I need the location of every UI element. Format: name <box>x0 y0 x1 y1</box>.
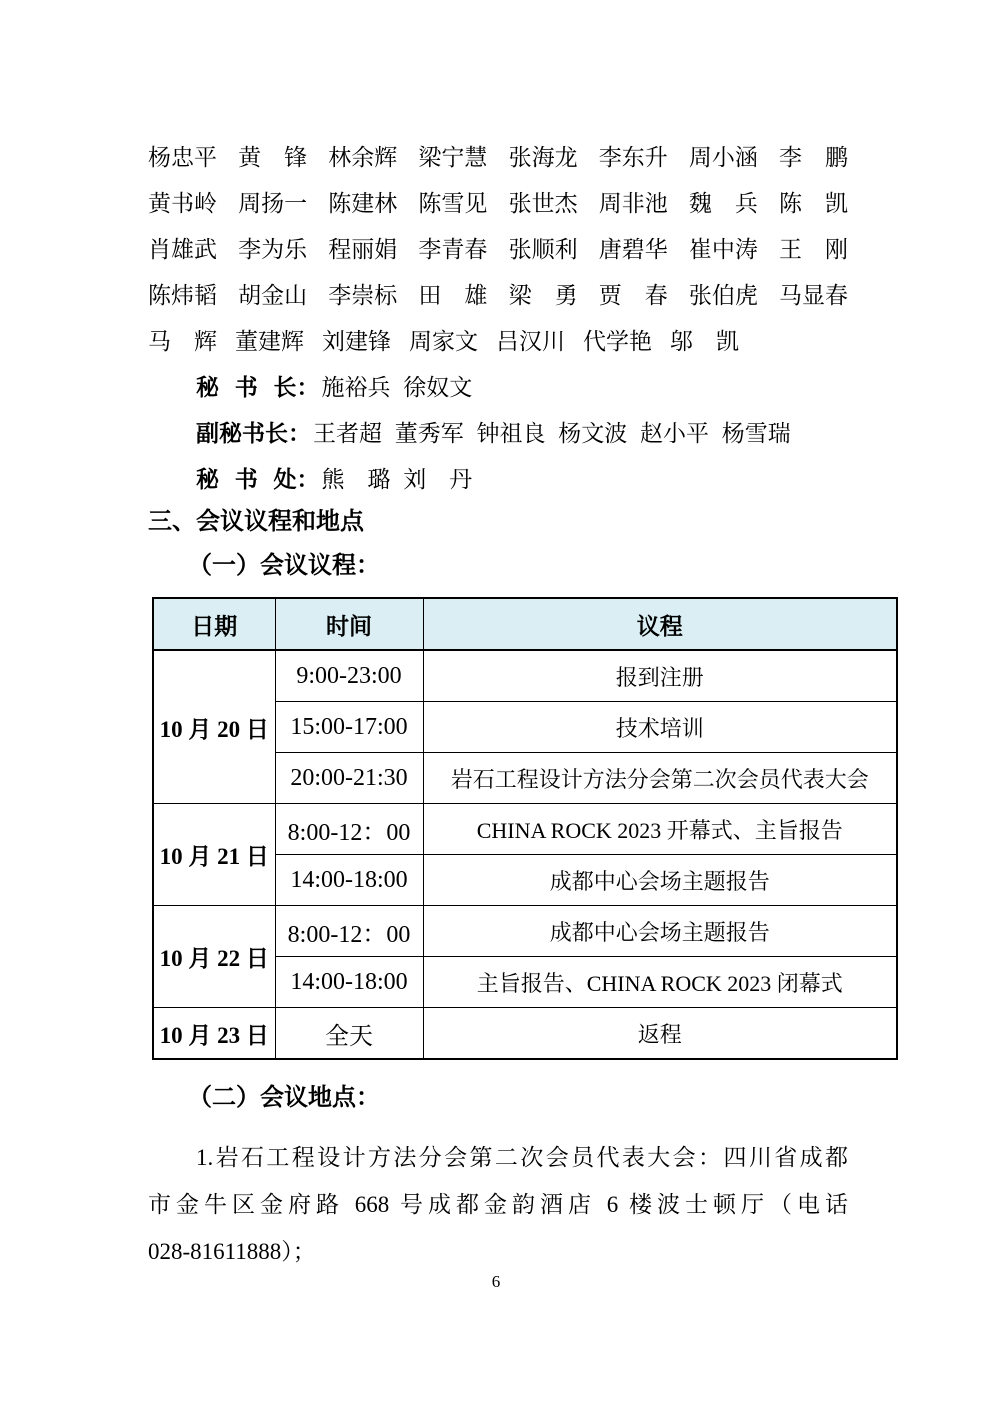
person-name: 崔中涛 <box>689 231 758 264</box>
header-agenda: 议程 <box>423 598 897 650</box>
person-name: 董建辉 <box>235 323 304 356</box>
location-paragraph: 1.岩石工程设计方法分会第二次会员代表大会：四川省成都 市金牛区金府路 668 … <box>148 1134 848 1275</box>
table-row: 10 月 20 日 9:00-23:00 报到注册 <box>153 650 897 702</box>
person-name: 贾 春 <box>599 277 668 310</box>
table-row: 10 月 22 日 8:00-12：00 成都中心会场主题报告 <box>153 906 897 957</box>
person-name: 陈 凯 <box>779 185 848 218</box>
schedule-table: 日期 时间 议程 10 月 20 日 9:00-23:00 报到注册 15:00… <box>152 597 898 1060</box>
person-name: 李崇标 <box>328 277 397 310</box>
deputy-secretary-names: 王者超 董秀军 钟祖良 杨文波 赵小平 杨雪瑞 <box>313 415 791 448</box>
time-cell: 全天 <box>275 1008 423 1060</box>
date-cell: 10 月 22 日 <box>153 906 275 1008</box>
page-content: 杨忠平 黄 锋 林余辉 梁宁慧 张海龙 李东升 周小涵 李 鹏 黄书岭 周扬一 … <box>148 132 848 1275</box>
table-header-row: 日期 时间 议程 <box>153 598 897 650</box>
person-name: 肖雄武 <box>148 231 217 264</box>
person-name: 胡金山 <box>238 277 307 310</box>
date-cell: 10 月 23 日 <box>153 1008 275 1060</box>
person-name: 马 辉 <box>148 323 217 356</box>
agenda-cell: 主旨报告、CHINA ROCK 2023 闭幕式 <box>423 957 897 1008</box>
secretary-general-label: 秘 书 长： <box>196 369 320 402</box>
person-name: 马显春 <box>779 277 848 310</box>
date-cell: 10 月 20 日 <box>153 650 275 804</box>
table-row: 10 月 23 日 全天 返程 <box>153 1008 897 1060</box>
person-name: 黄书岭 <box>148 185 217 218</box>
person-name: 陈建林 <box>328 185 397 218</box>
person-name: 程丽娟 <box>328 231 397 264</box>
person-name: 代学艳 <box>583 323 652 356</box>
person-name: 唐碧华 <box>599 231 668 264</box>
person-name: 黄 锋 <box>238 139 307 172</box>
person-name: 王 刚 <box>779 231 848 264</box>
location-line: 1.岩石工程设计方法分会第二次会员代表大会：四川省成都 <box>148 1134 848 1181</box>
agenda-cell: 岩石工程设计方法分会第二次会员代表大会 <box>423 753 897 804</box>
agenda-cell: 成都中心会场主题报告 <box>423 855 897 906</box>
time-cell: 14:00-18:00 <box>275 855 423 906</box>
document-page: 杨忠平 黄 锋 林余辉 梁宁慧 张海龙 李东升 周小涵 李 鹏 黄书岭 周扬一 … <box>0 0 992 1403</box>
table-row: 10 月 21 日 8:00-12：00 CHINA ROCK 2023 开幕式… <box>153 804 897 855</box>
person-name: 李为乐 <box>238 231 307 264</box>
secretariat-names: 熊 璐 刘 丹 <box>322 461 473 494</box>
names-row: 马 辉 董建辉 刘建锋 周家文 吕汉川 代学艳 邬 凯 <box>148 316 848 362</box>
names-row: 杨忠平 黄 锋 林余辉 梁宁慧 张海龙 李东升 周小涵 李 鹏 <box>148 132 848 178</box>
names-row: 黄书岭 周扬一 陈建林 陈雪见 张世杰 周非池 魏 兵 陈 凯 <box>148 178 848 224</box>
person-name: 杨忠平 <box>148 139 217 172</box>
secretary-general-names: 施裕兵 徐奴文 <box>322 369 473 402</box>
person-name: 李东升 <box>599 139 668 172</box>
agenda-cell: 成都中心会场主题报告 <box>423 906 897 957</box>
agenda-cell: 技术培训 <box>423 702 897 753</box>
person-name: 梁宁慧 <box>418 139 487 172</box>
secretariat-line: 秘 书 处： 熊 璐 刘 丹 <box>148 454 848 500</box>
location-line: 028-81611888）； <box>148 1228 848 1275</box>
person-name: 吕汉川 <box>496 323 565 356</box>
person-name: 周非池 <box>599 185 668 218</box>
person-name: 周扬一 <box>238 185 307 218</box>
deputy-secretary-label: 副秘书长： <box>196 415 311 448</box>
secretary-general-line: 秘 书 长： 施裕兵 徐奴文 <box>148 362 848 408</box>
secretariat-label: 秘 书 处： <box>196 461 320 494</box>
names-list: 杨忠平 黄 锋 林余辉 梁宁慧 张海龙 李东升 周小涵 李 鹏 黄书岭 周扬一 … <box>148 132 848 362</box>
time-cell: 8:00-12：00 <box>275 906 423 957</box>
agenda-cell: 返程 <box>423 1008 897 1060</box>
person-name: 刘建锋 <box>322 323 391 356</box>
secretary-section: 秘 书 长： 施裕兵 徐奴文 副秘书长： 王者超 董秀军 钟祖良 杨文波 赵小平… <box>148 362 848 500</box>
header-date: 日期 <box>153 598 275 650</box>
person-name: 李 鹏 <box>779 139 848 172</box>
section-title: 三、会议议程和地点 <box>148 500 848 544</box>
person-name: 张海龙 <box>509 139 578 172</box>
date-cell: 10 月 21 日 <box>153 804 275 906</box>
names-row: 肖雄武 李为乐 程丽娟 李青春 张顺利 唐碧华 崔中涛 王 刚 <box>148 224 848 270</box>
time-cell: 9:00-23:00 <box>275 650 423 702</box>
person-name: 林余辉 <box>328 139 397 172</box>
page-number: 6 <box>0 1272 992 1292</box>
person-name: 邬 凯 <box>670 323 739 356</box>
location-line: 市金牛区金府路 668 号成都金韵酒店 6 楼波士顿厅（电话 <box>148 1181 848 1228</box>
time-cell: 15:00-17:00 <box>275 702 423 753</box>
person-name: 梁 勇 <box>509 277 578 310</box>
person-name: 陈雪见 <box>418 185 487 218</box>
person-name: 张顺利 <box>509 231 578 264</box>
person-name: 田 雄 <box>418 277 487 310</box>
person-name: 陈炜韬 <box>148 277 217 310</box>
deputy-secretary-line: 副秘书长： 王者超 董秀军 钟祖良 杨文波 赵小平 杨雪瑞 <box>148 408 848 454</box>
agenda-cell: 报到注册 <box>423 650 897 702</box>
subsection-location-title: （二）会议地点： <box>148 1076 848 1120</box>
person-name: 周小涵 <box>689 139 758 172</box>
person-name: 张伯虎 <box>689 277 758 310</box>
person-name: 周家文 <box>409 323 478 356</box>
time-cell: 14:00-18:00 <box>275 957 423 1008</box>
subsection-agenda-title: （一）会议议程： <box>148 544 848 588</box>
header-time: 时间 <box>275 598 423 650</box>
agenda-cell: CHINA ROCK 2023 开幕式、主旨报告 <box>423 804 897 855</box>
person-name: 张世杰 <box>509 185 578 218</box>
time-cell: 20:00-21:30 <box>275 753 423 804</box>
names-row: 陈炜韬 胡金山 李崇标 田 雄 梁 勇 贾 春 张伯虎 马显春 <box>148 270 848 316</box>
person-name: 李青春 <box>418 231 487 264</box>
person-name: 魏 兵 <box>689 185 758 218</box>
time-cell: 8:00-12：00 <box>275 804 423 855</box>
